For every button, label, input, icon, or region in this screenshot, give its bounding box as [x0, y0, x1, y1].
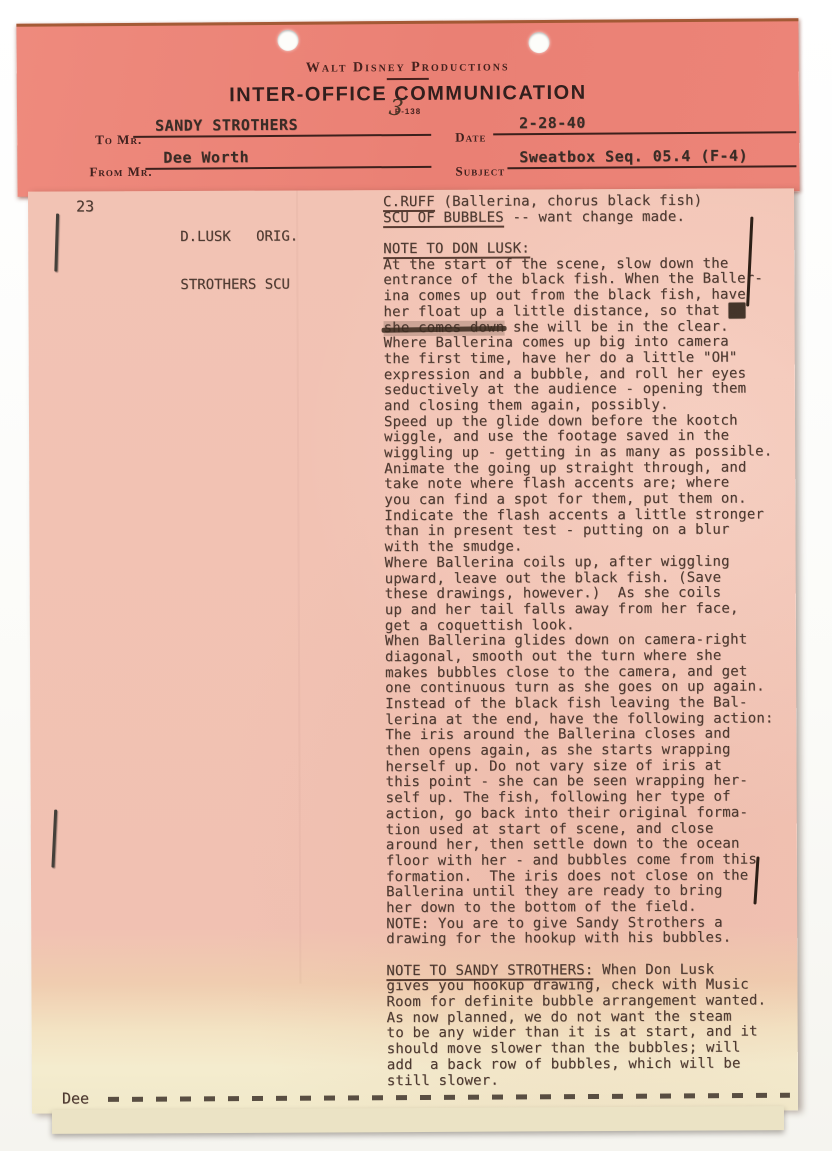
memo-text-line: drawing for the hookup with his bubbles. — [386, 931, 796, 948]
memo-text-line — [386, 946, 796, 963]
memo-text-line: than in present test - putting on a blur — [384, 523, 794, 540]
assignment-line-1: D.LUSK ORIG. — [180, 228, 298, 245]
memo-text-line: up and her tail falls away from her face… — [385, 601, 795, 618]
memo-text-line: still slower. — [387, 1072, 797, 1089]
to-field: SANDY STROTHERS 3 — [133, 114, 431, 138]
memo-text-line: SCU OF BUBBLES -- want change made. — [383, 209, 793, 226]
date-field: 2-28-40 — [493, 111, 796, 135]
scene-number: 23 — [76, 197, 94, 215]
assignment-crew: D.LUSK ORIG. STROTHERS SCU — [180, 196, 299, 325]
date-label: Date — [455, 129, 486, 145]
subject-field: Sweatbox Seq. 05.4 (F-4) — [507, 145, 796, 169]
staple-icon-bottom — [51, 810, 57, 868]
subject-label: Subject — [455, 163, 505, 179]
bottom-sheet-edge — [52, 1106, 784, 1134]
punch-hole-right — [528, 32, 549, 53]
handwritten-annotation: 3 — [387, 95, 404, 122]
punch-hole-left — [277, 30, 298, 51]
signature: Dee — [62, 1089, 89, 1107]
memo-text-column: C.RUFF (Ballerina, chorus black fish)SCU… — [383, 193, 797, 1089]
from-field: Dee Worth — [145, 146, 431, 170]
to-value: SANDY STROTHERS — [155, 116, 298, 135]
subject-value: Sweatbox Seq. 05.4 (F-4) — [519, 147, 748, 167]
company-rule — [387, 78, 429, 80]
memo-body-sheet: 23 D.LUSK ORIG. STROTHERS SCU C.RUFF (Ba… — [28, 188, 798, 1113]
memo-text-line: add a back row of bubbles, which will be — [387, 1056, 797, 1073]
from-value: Dee Worth — [163, 148, 249, 167]
memo-header-sheet: Walt Disney Productions INTER-OFFICE COM… — [16, 18, 799, 196]
company-name: Walt Disney Productions — [17, 57, 799, 78]
date-value: 2-28-40 — [519, 114, 586, 132]
staple-icon-top — [54, 214, 59, 272]
dashed-rule — [108, 1093, 790, 1102]
assignment-line-2: STROTHERS SCU — [180, 276, 298, 293]
from-label: From Mr. — [89, 164, 152, 180]
